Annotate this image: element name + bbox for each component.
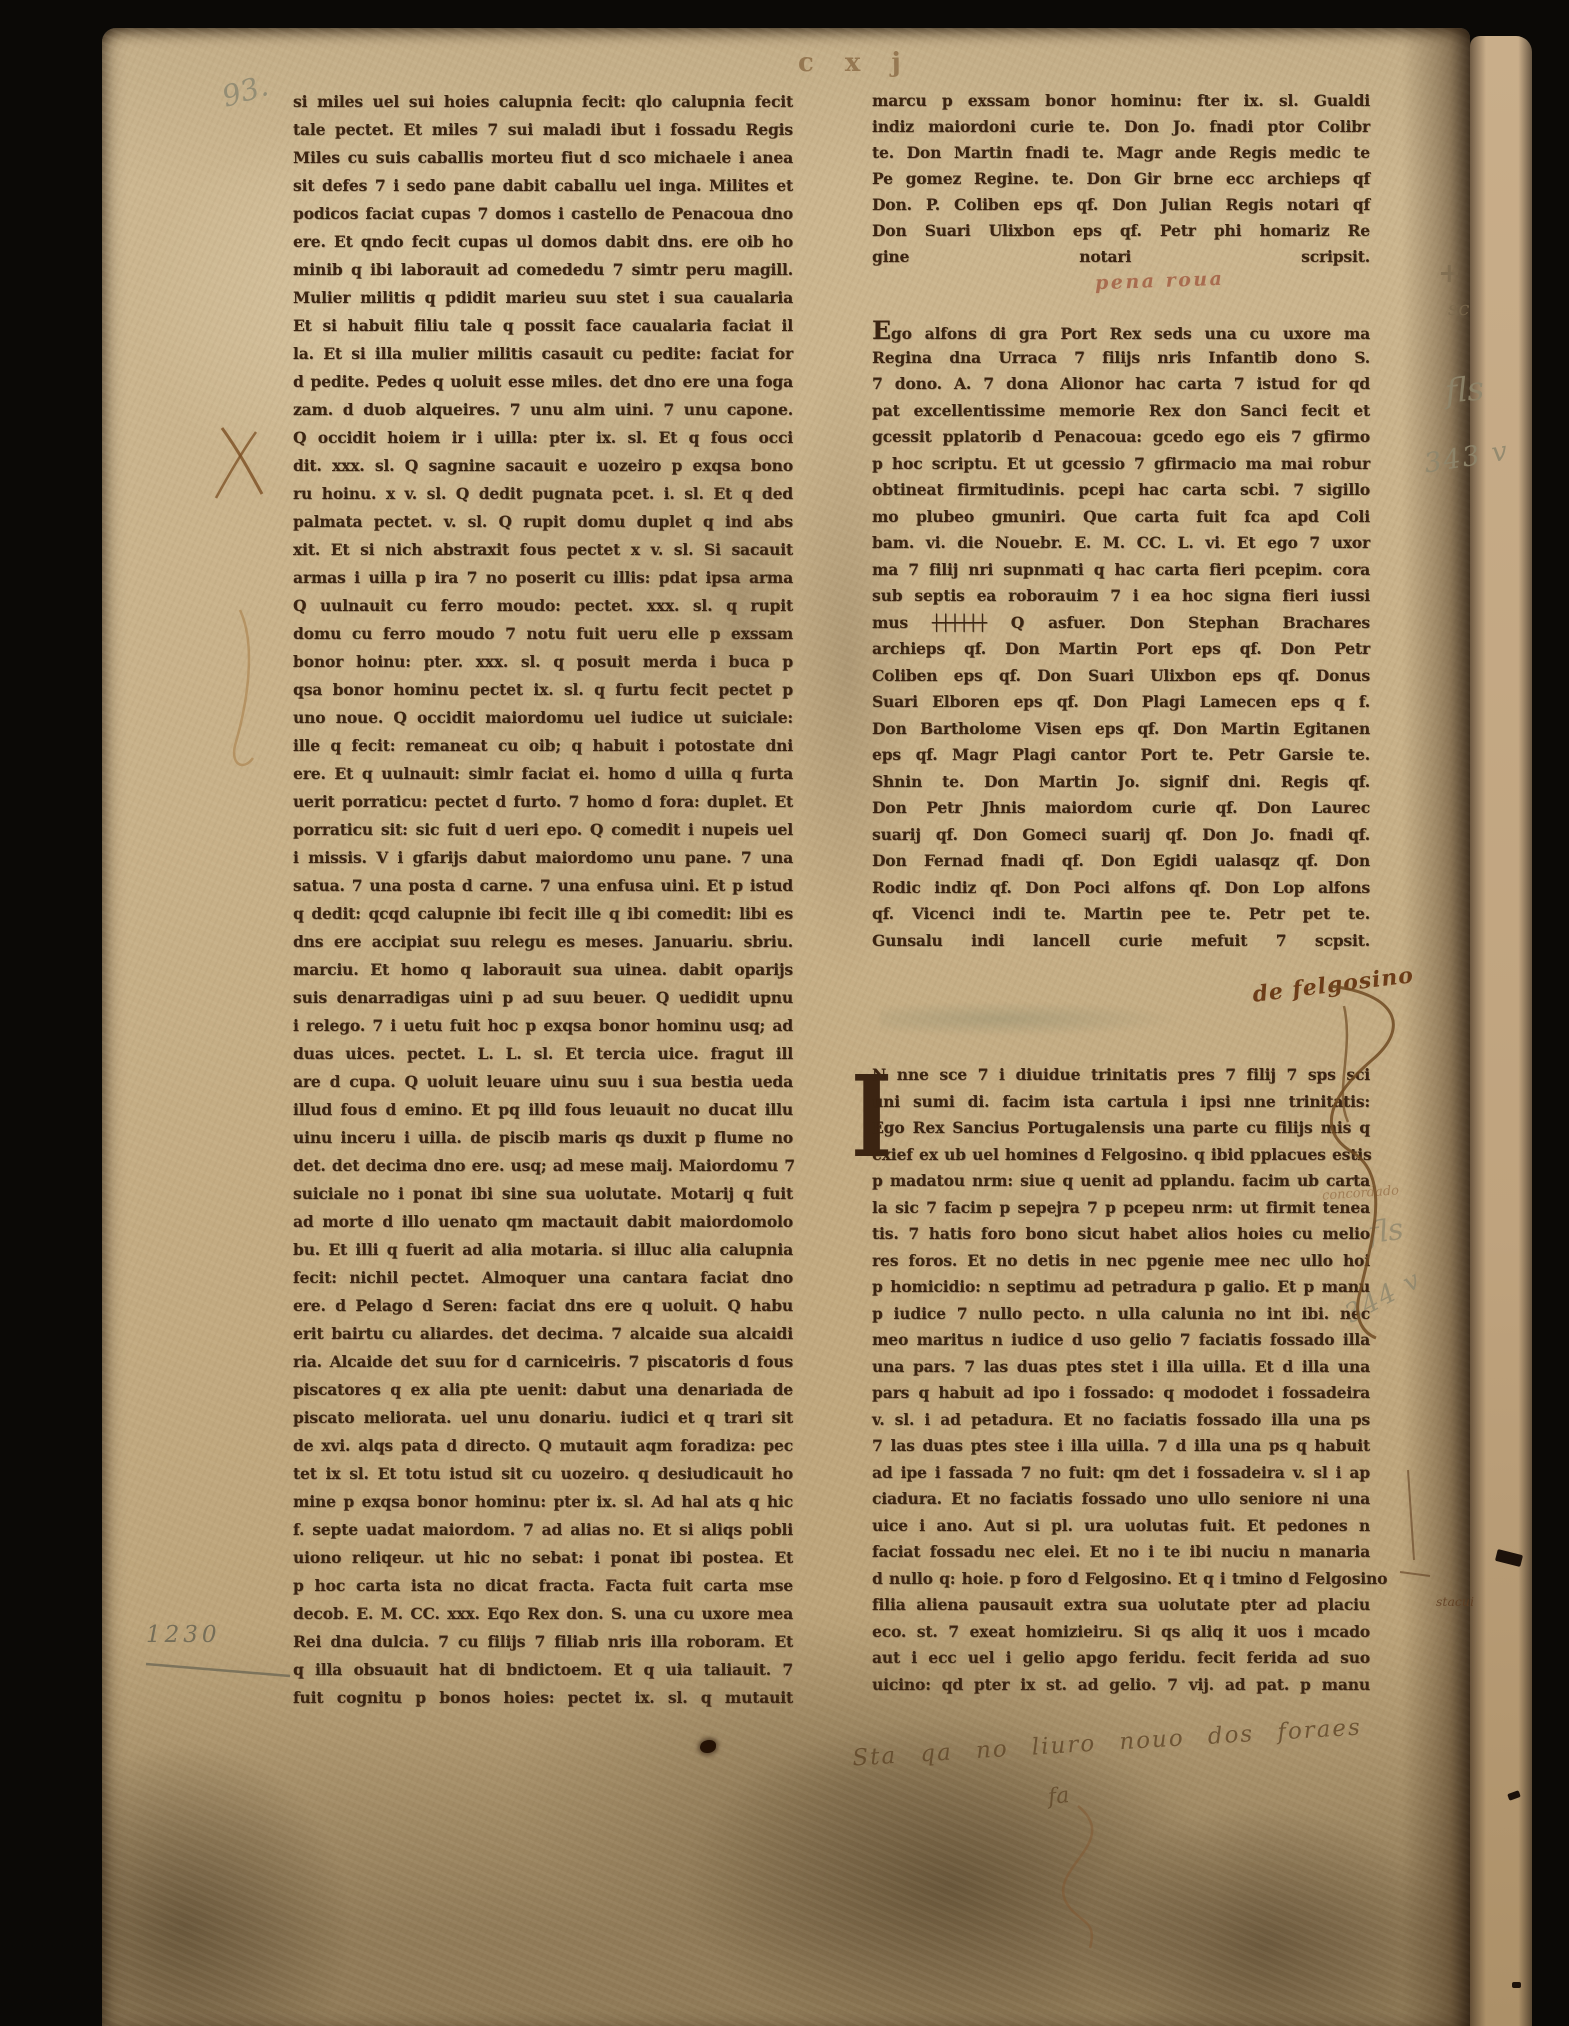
- pencil-fls-lower: fls: [1366, 1212, 1406, 1252]
- manuscript-line: i missis. V i gfarijs dabut maiordomo un…: [293, 844, 793, 872]
- manuscript-line: de xvi. alqs pata d directo. Q mutauit a…: [293, 1432, 793, 1460]
- manuscript-line: q illa obsuauit hat di bndictoem. Et q u…: [293, 1656, 793, 1684]
- folio-number-roman: c x j: [798, 48, 912, 78]
- manuscript-line: ciadura. Et no faciatis fossado uno ullo…: [872, 1486, 1370, 1513]
- manuscript-line: suarij qf. Don Gomeci suarij qf. Don Jo.…: [872, 822, 1370, 849]
- manuscript-line: tis. 7 hatis foro bono sicut habet alios…: [872, 1221, 1370, 1248]
- manuscript-line: Ego Rex Sancius Portugalensis una parte …: [872, 1115, 1370, 1142]
- manuscript-line: mus ┼┼┼┼┼┼ Q asfuer. Don Stephan Brachar…: [872, 610, 1370, 637]
- manuscript-line: ad ipe i fassada 7 no fuit: qm det i fos…: [872, 1460, 1370, 1487]
- manuscript-line: duas uices. pectet. L. L. sl. Et tercia …: [293, 1040, 793, 1068]
- manuscript-line: ille q fecit: remaneat cu oib; q habuit …: [293, 732, 793, 760]
- manuscript-line: mine p exqsa bonor hominu: pter ix. sl. …: [293, 1488, 793, 1516]
- manuscript-line: Don Fernad fnadi qf. Don Egidi ualasqz q…: [872, 848, 1370, 875]
- manuscript-line: uni sumi di. facim ista cartula i ipsi n…: [872, 1089, 1370, 1116]
- manuscript-line: satua. 7 una posta d carne. 7 una enfusa…: [293, 872, 793, 900]
- manuscript-line: te. Don Martin fnadi te. Magr ande Regis…: [872, 140, 1370, 166]
- manuscript-line: eco. st. 7 exeat homizieiru. Si qs aliq …: [872, 1619, 1370, 1646]
- manuscript-line: Gunsalu indi lancell curie mefuit 7 scps…: [872, 928, 1370, 955]
- pencil-fls-upper: fls: [1443, 368, 1485, 410]
- manuscript-line: Don. P. Coliben eps qf. Don Julian Regis…: [872, 192, 1370, 218]
- manuscript-line: fuit cognitu p bonos hoies: pectet ix. s…: [293, 1684, 793, 1712]
- manuscript-scan: c x j 93. si miles uel sui hoies calupni…: [0, 0, 1569, 2026]
- manuscript-line: Miles cu suis caballis morteu fiut d sco…: [293, 144, 793, 172]
- manuscript-line: Don Bartholome Visen eps qf. Don Martin …: [872, 716, 1370, 743]
- manuscript-line: illud fous d emino. Et pq illd fous leua…: [293, 1096, 793, 1124]
- manuscript-line: Don Petr Jhnis maiordom curie qf. Don La…: [872, 795, 1370, 822]
- manuscript-line: una pars. 7 las duas ptes stet i illa ui…: [872, 1354, 1370, 1381]
- manuscript-line: uerit porraticu: pectet d furto. 7 homo …: [293, 788, 793, 816]
- manuscript-line: tale pectet. Et miles 7 sui maladi ibut …: [293, 116, 793, 144]
- manuscript-line: armas i uilla p ira 7 no poserit cu illi…: [293, 564, 793, 592]
- manuscript-line: are d cupa. Q uoluit leuare uinu suu i s…: [293, 1068, 793, 1096]
- manuscript-line: bam. vi. die Nouebr. E. M. CC. L. vi. Et…: [872, 530, 1370, 557]
- manuscript-line: tet ix sl. Et totu istud sit cu uozeiro.…: [293, 1460, 793, 1488]
- manuscript-line: Rodic indiz qf. Don Poci alfons qf. Don …: [872, 875, 1370, 902]
- manuscript-line: filia aliena pausauit extra sua uolutate…: [872, 1592, 1370, 1619]
- right-column-charter3: N nne sce 7 i diuidue trinitatis pres 7 …: [872, 1062, 1370, 1698]
- manuscript-line: ad morte d illo uenato qm mactauit dabit…: [293, 1208, 793, 1236]
- margin-date-1230: 1230: [146, 1622, 221, 1648]
- manuscript-line: Coliben eps qf. Don Suari Ulixbon eps qf…: [872, 663, 1370, 690]
- manuscript-line: eps qf. Magr Plagi cantor Port te. Petr …: [872, 742, 1370, 769]
- manuscript-line: f. septe uadat maiordom. 7 ad alias no. …: [293, 1516, 793, 1544]
- manuscript-line: faciat fossadu nec elei. Et no i te ibi …: [872, 1539, 1370, 1566]
- manuscript-line: podicos faciat cupas 7 domos i castello …: [293, 200, 793, 228]
- margin-cross-mark: +: [1438, 258, 1461, 289]
- manuscript-line: obtineat firmitudinis. pcepi hac carta s…: [872, 477, 1370, 504]
- manuscript-line: zam. d duob alqueires. 7 unu alm uini. 7…: [293, 396, 793, 424]
- manuscript-line: d pedite. Pedes q uoluit esse miles. det…: [293, 368, 793, 396]
- manuscript-line: ria. Alcaide det suu for d carniceiris. …: [293, 1348, 793, 1376]
- manuscript-line: Q uulnauit cu ferro moudo: pectet. xxx. …: [293, 592, 793, 620]
- manuscript-line: suis denarradigas uini p ad suu beuer. Q…: [293, 984, 793, 1012]
- manuscript-line: uice i ano. Aut si pl. ura uolutas fuit.…: [872, 1513, 1370, 1540]
- manuscript-line: porraticu sit: sic fuit d ueri epo. Q co…: [293, 816, 793, 844]
- manuscript-line: p homicidio: n septimu ad petradura p ga…: [872, 1274, 1370, 1301]
- manuscript-line: dns ere accipiat suu relegu es meses. Ja…: [293, 928, 793, 956]
- next-folio-edge: [1470, 36, 1532, 2026]
- manuscript-line: fecit: nichil pectet. Almoquer una canta…: [293, 1264, 793, 1292]
- manuscript-line: qsa bonor hominu pectet ix. sl. q furtu …: [293, 676, 793, 704]
- manuscript-line: pars q habuit ad ipo i fossado: q modode…: [872, 1380, 1370, 1407]
- manuscript-line: pat excellentissime memorie Rex don Sanc…: [872, 398, 1370, 425]
- manuscript-line: ere. Et q uulnauit: simlr faciat ei. hom…: [293, 760, 793, 788]
- manuscript-line: aut i ecc uel i gelio apgo feridu. fecit…: [872, 1645, 1370, 1672]
- manuscript-line: meo maritus n iudice d uso gelio 7 facia…: [872, 1327, 1370, 1354]
- manuscript-line: det. det decima dno ere. usq; ad mese ma…: [293, 1152, 793, 1180]
- manuscript-line: d nullo q: hoie. p foro d Felgosino. Et …: [872, 1566, 1370, 1593]
- manuscript-line: dit. xxx. sl. Q sagnine sacauit e uozeir…: [293, 452, 793, 480]
- manuscript-line: Regina dna Urraca 7 filijs nris Infantib…: [872, 345, 1370, 372]
- manuscript-line: gine notari scripsit.: [872, 244, 1370, 270]
- margin-insertion-note: stacui: [1436, 1594, 1474, 1609]
- manuscript-line: Et si habuit filiu tale q possit face ca…: [293, 312, 793, 340]
- manuscript-line: p hoc carta ista no dicat fracta. Facta …: [293, 1572, 793, 1600]
- manuscript-line: marcu p exssam bonor hominu: fter ix. sl…: [872, 88, 1370, 114]
- manuscript-line: mo plubeo gmuniri. Que carta fuit fca ap…: [872, 504, 1370, 531]
- manuscript-line: piscatores q ex alia pte uenit: dabut un…: [293, 1376, 793, 1404]
- manuscript-line: sit defes 7 i sedo pane dabit caballu ue…: [293, 172, 793, 200]
- right-column-charter1: marcu p exssam bonor hominu: fter ix. sl…: [872, 88, 1370, 270]
- manuscript-line: res foros. Et no detis in nec pgenie mee…: [872, 1248, 1370, 1275]
- manuscript-line: exief ex ub uel homines d Felgosino. q i…: [872, 1142, 1370, 1169]
- bottom-note-fa: fa: [1047, 1783, 1071, 1810]
- manuscript-line: uiono reliqeur. ut hic no sebat: i ponat…: [293, 1544, 793, 1572]
- manuscript-line: p iudice 7 nullo pecto. n ulla calunia n…: [872, 1301, 1370, 1328]
- manuscript-line: Don Suari Ulixbon eps qf. Petr phi homar…: [872, 218, 1370, 244]
- manuscript-line: indiz maiordoni curie te. Don Jo. fnadi …: [872, 114, 1370, 140]
- manuscript-line: Q occidit hoiem ir i uilla: pter ix. sl.…: [293, 424, 793, 452]
- rubric-penacova: pena roua: [1095, 268, 1225, 295]
- manuscript-line: erit bairtu cu aliardes. det decima. 7 a…: [293, 1320, 793, 1348]
- manuscript-line: uno noue. Q occidit maiordomu uel iudice…: [293, 704, 793, 732]
- binding-stitch: [1512, 1982, 1521, 1988]
- manuscript-line: palmata pectet. v. sl. Q rupit domu dupl…: [293, 508, 793, 536]
- manuscript-line: la. Et si illa mulier militis casauit cu…: [293, 340, 793, 368]
- manuscript-line: N nne sce 7 i diuidue trinitatis pres 7 …: [872, 1062, 1370, 1089]
- manuscript-line: si miles uel sui hoies calupnia fecit: q…: [293, 88, 793, 116]
- manuscript-line: v. sl. i ad petadura. Et no faciatis fos…: [872, 1407, 1370, 1434]
- manuscript-line: uicino: qd pter ix st. ad gelio. 7 vij. …: [872, 1672, 1370, 1699]
- manuscript-line: gcessit pplatorib d Penacoua: gcedo ego …: [872, 424, 1370, 451]
- manuscript-line: 7 dono. A. 7 dona Alionor hac carta 7 is…: [872, 371, 1370, 398]
- manuscript-line: qf. Vicenci indi te. Martin pee te. Petr…: [872, 901, 1370, 928]
- manuscript-line: xit. Et si nich abstraxit fous pectet x …: [293, 536, 793, 564]
- manuscript-line: ma 7 filij nri supnmati q hac carta fier…: [872, 557, 1370, 584]
- margin-cross-note: sc: [1448, 296, 1469, 320]
- manuscript-line: Suari Elboren eps qf. Don Plagi Lamecen …: [872, 689, 1370, 716]
- manuscript-line: Pe gomez Regine. te. Don Gir brne ecc ar…: [872, 166, 1370, 192]
- right-column-charter2: Ego alfons di gra Port Rex seds una cu u…: [872, 318, 1370, 954]
- manuscript-line: archieps qf. Don Martin Port eps qf. Don…: [872, 636, 1370, 663]
- manuscript-line: Mulier militis q pdidit marieu suu stet …: [293, 284, 793, 312]
- manuscript-line: decob. E. M. CC. xxx. Eqo Rex don. S. un…: [293, 1600, 793, 1628]
- manuscript-line: minib q ibi laborauit ad comededu 7 simt…: [293, 256, 793, 284]
- left-text-column: si miles uel sui hoies calupnia fecit: q…: [293, 88, 793, 1712]
- manuscript-line: bonor hoinu: pter. xxx. sl. q posuit mer…: [293, 648, 793, 676]
- manuscript-line: ere. d Pelago d Seren: faciat dns ere q …: [293, 1292, 793, 1320]
- manuscript-line: sub septis ea roborauim 7 i ea hoc signa…: [872, 583, 1370, 610]
- manuscript-line: Ego alfons di gra Port Rex seds una cu u…: [872, 318, 1370, 345]
- manuscript-line: 7 las duas ptes stee i illa uilla. 7 d i…: [872, 1433, 1370, 1460]
- manuscript-line: marciu. Et homo q laborauit sua uinea. d…: [293, 956, 793, 984]
- manuscript-line: q dedit: qcqd calupnie ibi fecit ille q …: [293, 900, 793, 928]
- manuscript-line: la sic 7 facim p sepejra 7 p pcepeu nrm:…: [872, 1195, 1370, 1222]
- faded-rubric-smudge: [880, 1002, 1180, 1036]
- manuscript-line: uinu inceru i uilla. de piscib maris qs …: [293, 1124, 793, 1152]
- manuscript-line: suiciale no i ponat ibi sine sua uolutat…: [293, 1180, 793, 1208]
- manuscript-line: i relego. 7 i uetu fuit hoc p exqsa bono…: [293, 1012, 793, 1040]
- manuscript-line: p madatou nrm: siue q uenit ad pplandu. …: [872, 1168, 1370, 1195]
- manuscript-line: p hoc scriptu. Et ut gcessio 7 gfirmacio…: [872, 451, 1370, 478]
- manuscript-line: ere. Et qndo fecit cupas ul domos dabit …: [293, 228, 793, 256]
- manuscript-line: Rei dna dulcia. 7 cu filijs 7 filiab nri…: [293, 1628, 793, 1656]
- manuscript-line: bu. Et illi q fuerit ad alia motaria. si…: [293, 1236, 793, 1264]
- manuscript-line: domu cu ferro moudo 7 notu fuit ueru ell…: [293, 620, 793, 648]
- manuscript-line: Shnin te. Don Martin Jo. signif dni. Reg…: [872, 769, 1370, 796]
- manuscript-line: piscato meliorata. uel unu donariu. iudi…: [293, 1404, 793, 1432]
- manuscript-line: ru hoinu. x v. sl. Q dedit pugnata pcet.…: [293, 480, 793, 508]
